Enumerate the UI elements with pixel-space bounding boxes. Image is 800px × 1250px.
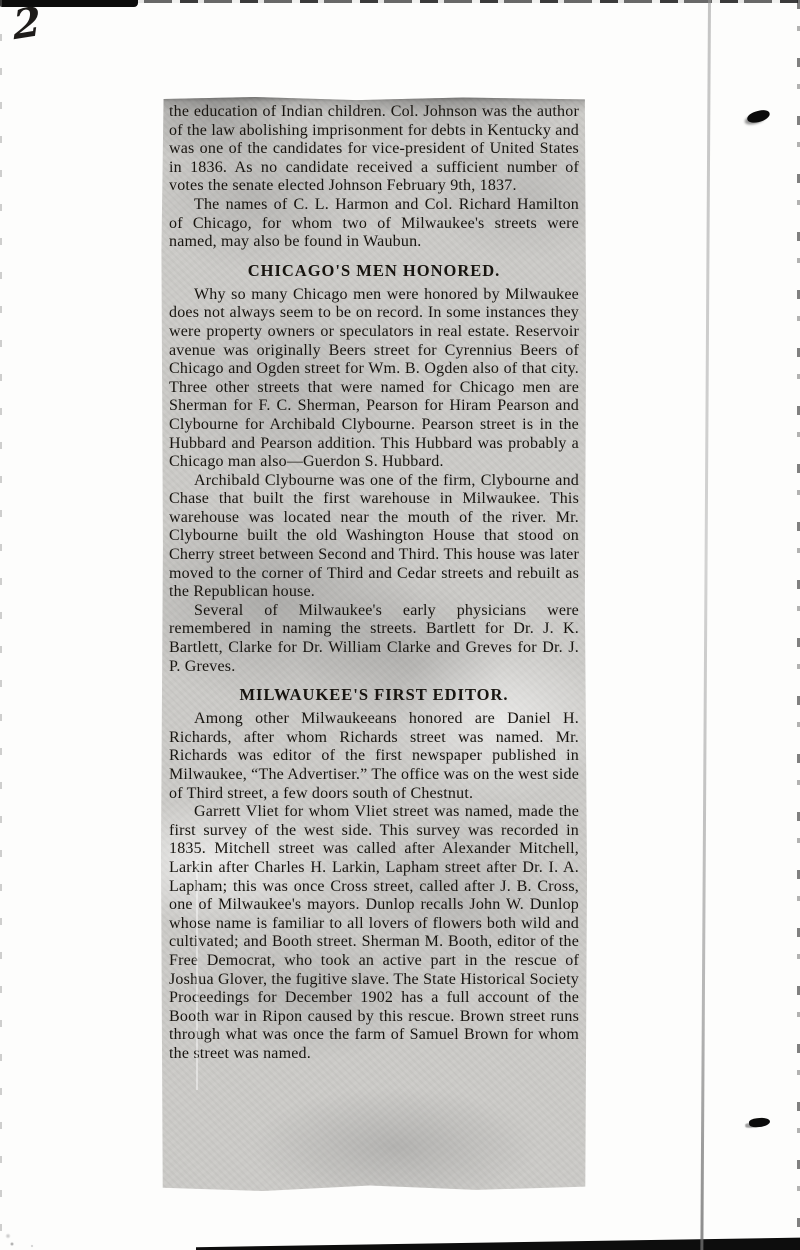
scan-edge-left [0,0,2,1250]
heading-milwaukees-first-editor: MILWAUKEE'S FIRST EDITOR. [169,685,579,705]
clipping-crease-line [196,860,198,1090]
article-column: the education of Indian children. Col. J… [169,103,579,1064]
paragraph-garrett-vliet: Garrett Vliet for whom Vliet street was … [169,803,579,1063]
paragraph-early-physicians: Several of Milwaukee's early physicians … [169,602,579,676]
paragraph-archibald-clybourne: Archibald Clybourne was one of the firm,… [169,472,579,602]
heading-chicagos-men-honored: CHICAGO'S MEN HONORED. [169,261,579,281]
album-page: 2 the education of Indian children. Col.… [0,0,800,1250]
scan-speckles-bottom-left [2,1228,62,1248]
paragraph-harmon-hamilton: The names of C. L. Harmon and Col. Richa… [169,196,579,252]
scan-edge-bottom [0,1236,800,1250]
handwritten-page-number: 2 [12,2,42,47]
ink-mark-upper-right [746,109,771,125]
page-fold-line [700,0,711,1250]
paragraph-daniel-richards: Among other Milwaukeeans honored are Dan… [169,710,579,803]
paragraph-johnson-continued: the education of Indian children. Col. J… [169,103,579,196]
newspaper-clipping: the education of Indian children. Col. J… [161,97,587,1191]
ink-mark-lower-right [749,1117,771,1128]
paragraph-chicago-men-streets: Why so many Chicago men were honored by … [169,286,579,472]
